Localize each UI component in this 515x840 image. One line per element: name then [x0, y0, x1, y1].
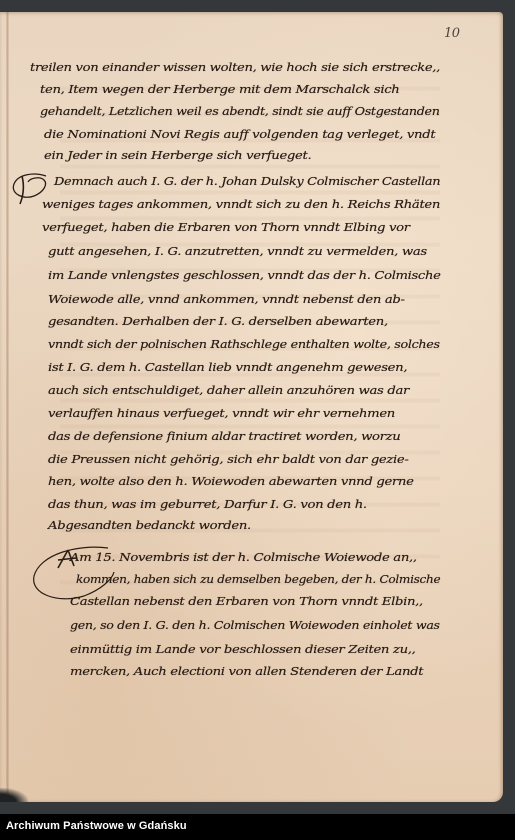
- archive-caption: Archiwum Państwowe w Gdańsku: [6, 820, 187, 832]
- manuscript-line: hen, wolte also den h. Woiewoden abewart…: [48, 474, 414, 488]
- page-corner-shadow: [0, 788, 28, 802]
- manuscript-line: die Nominationi Novi Regis auff volgende…: [44, 127, 435, 141]
- binding-fold: [6, 12, 9, 802]
- manuscript-line: Abgesandten bedanckt worden.: [48, 518, 251, 532]
- manuscript-line: kommen, haben sich zu demselben begeben,…: [76, 572, 440, 586]
- manuscript-line: die Preussen nicht gehörig, sich ehr bal…: [48, 452, 409, 466]
- scan-image-area: 10 treilen von einander wissen wolten, w…: [0, 0, 515, 814]
- manuscript-line: verlauffen hinaus verfueget, vnndt wir e…: [48, 406, 395, 420]
- manuscript-line: ten, Item wegen der Herberge mit dem Mar…: [40, 82, 399, 96]
- manuscript-line: Am 15. Novembris ist der h. Colmische Wo…: [70, 550, 417, 564]
- manuscript-line: treilen von einander wissen wolten, wie …: [30, 60, 440, 74]
- manuscript-line: vnndt sich der polnischen Rathschlege en…: [48, 337, 440, 351]
- manuscript-line: Woiewode alle, vnnd ankommen, vnndt nebe…: [48, 292, 405, 306]
- archive-viewer: 10 treilen von einander wissen wolten, w…: [0, 0, 515, 840]
- manuscript-line: mercken, Auch electioni von allen Stende…: [70, 664, 423, 678]
- manuscript-line: gehandelt, Letzlichen weil es abendt, si…: [40, 104, 440, 118]
- manuscript-line: das thun, was im geburret, Darfur I. G. …: [48, 497, 367, 511]
- manuscript-line: gesandten. Derhalben der I. G. derselben…: [48, 314, 388, 328]
- manuscript-line: im Lande vnlengstes geschlossen, vnndt d…: [48, 268, 441, 282]
- manuscript-line: Demnach auch I. G. der h. Johan Dulsky C…: [54, 174, 440, 188]
- manuscript-line: das de defensione finium aldar tractiret…: [48, 429, 400, 443]
- folio-number: 10: [444, 26, 460, 41]
- manuscript-line: gen, so den I. G. den h. Colmischen Woie…: [70, 618, 440, 632]
- archive-caption-bar: Archiwum Państwowe w Gdańsku: [0, 814, 515, 840]
- manuscript-line: ist I. G. dem h. Castellan lieb vnndt an…: [48, 360, 407, 374]
- manuscript-line: einmüttig im Lande vor beschlossen diese…: [70, 642, 415, 656]
- manuscript-line: ein Jeder in sein Herberge sich verfuege…: [44, 148, 311, 162]
- manuscript-line: verfueget, haben die Erbaren von Thorn v…: [42, 220, 410, 234]
- manuscript-page: 10 treilen von einander wissen wolten, w…: [0, 12, 503, 802]
- manuscript-line: weniges tages ankommen, vnndt sich zu de…: [42, 197, 440, 211]
- manuscript-line: auch sich entschuldiget, daher allein an…: [48, 383, 409, 397]
- manuscript-line: Castellan nebenst den Erbaren von Thorn …: [70, 594, 423, 608]
- manuscript-line: gutt angesehen, I. G. anzutretten, vnndt…: [48, 244, 427, 258]
